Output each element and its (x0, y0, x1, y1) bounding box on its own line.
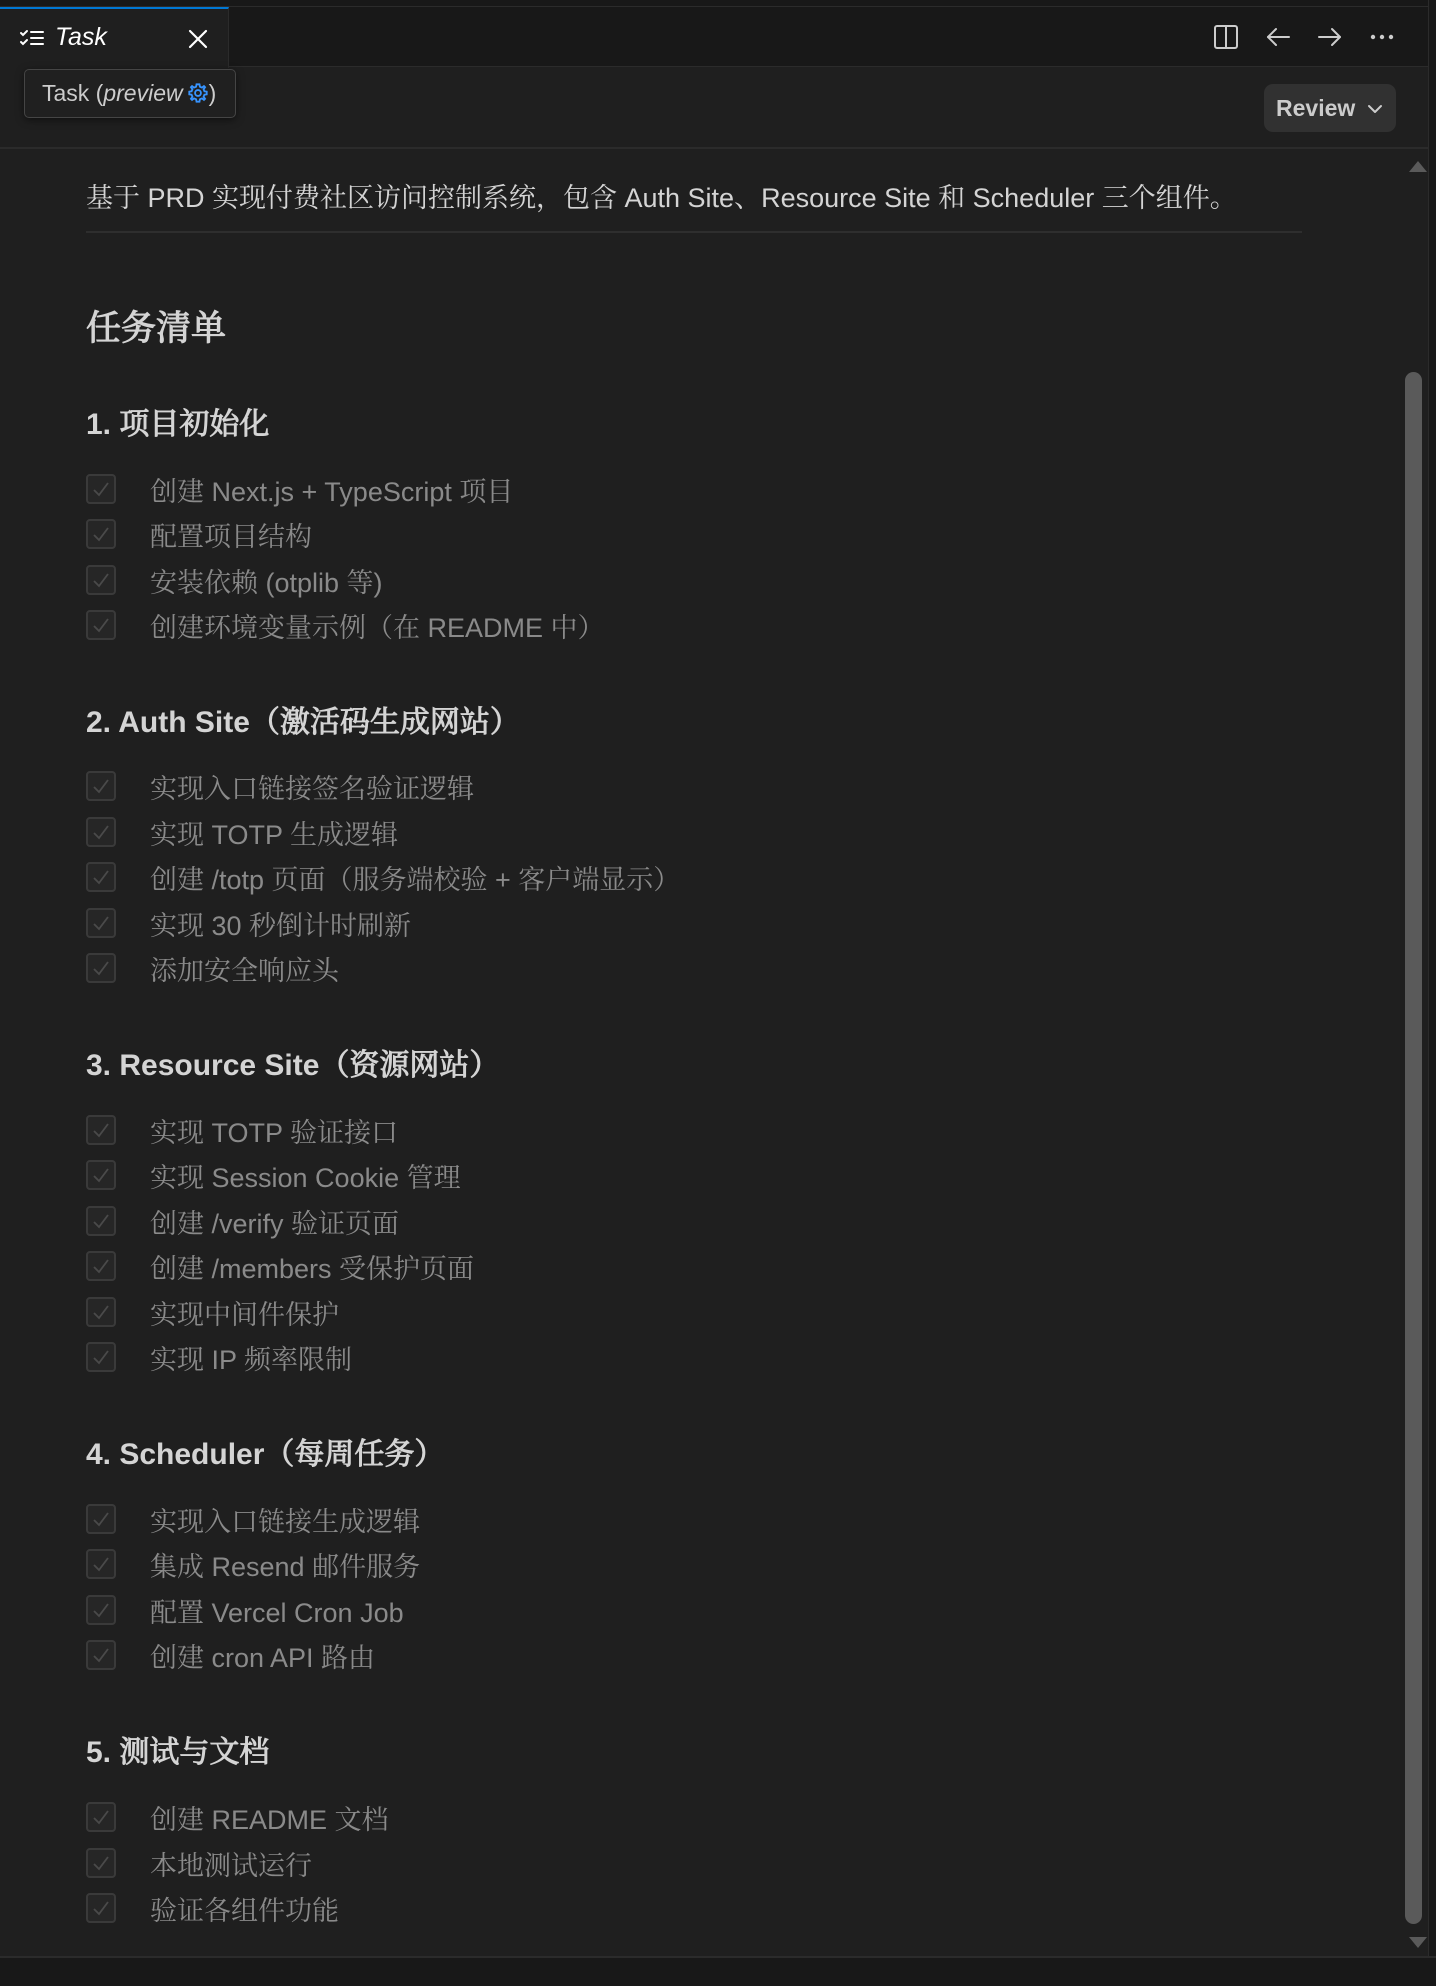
task-item: 本地测试运行 (86, 1845, 312, 1881)
task-editor-window: Task (0, 0, 1436, 1986)
task-checkbox[interactable] (86, 519, 116, 549)
task-label: 实现入口链接签名验证逻辑 (150, 767, 474, 806)
task-checkbox[interactable] (86, 1251, 116, 1281)
split-editor-icon (1212, 23, 1240, 56)
task-checkbox[interactable] (86, 908, 116, 938)
horizontal-rule (86, 231, 1302, 233)
tooltip-italic: preview (103, 80, 182, 106)
section-heading: 2. Auth Site（激活码生成网站） (86, 697, 520, 741)
task-label: 创建 README 文档 (150, 1798, 389, 1837)
checkmark-icon (91, 524, 111, 544)
task-item: 创建 cron API 路由 (86, 1637, 375, 1673)
task-checkbox[interactable] (86, 862, 116, 892)
task-item: 验证各组件功能 (86, 1890, 339, 1926)
bottom-bar (0, 1956, 1436, 1986)
checkmark-icon (91, 1509, 111, 1529)
checkmark-icon (91, 570, 111, 590)
checkmark-icon (91, 615, 111, 635)
split-editor-button[interactable] (1210, 25, 1242, 53)
task-checkbox[interactable] (86, 1893, 116, 1923)
task-label: 配置项目结构 (150, 515, 312, 554)
task-checkbox[interactable] (86, 1160, 116, 1190)
task-checkbox[interactable] (86, 817, 116, 847)
panel-edge (1428, 0, 1436, 1986)
task-label: 实现 TOTP 生成逻辑 (150, 813, 398, 852)
task-checkbox[interactable] (86, 1848, 116, 1878)
task-label: 安装依赖 (otplib 等) (150, 561, 383, 600)
go-forward-button[interactable] (1314, 25, 1346, 53)
review-dropdown-button[interactable]: Review (1264, 84, 1396, 132)
task-checkbox[interactable] (86, 1549, 116, 1579)
checklist-icon (19, 29, 45, 49)
task-label: 实现入口链接生成逻辑 (150, 1500, 420, 1539)
task-item: 实现 Session Cookie 管理 (86, 1157, 461, 1193)
section-heading: 3. Resource Site（资源网站） (86, 1040, 499, 1084)
task-label: 实现 30 秒倒计时刷新 (150, 904, 411, 943)
task-checkbox[interactable] (86, 1206, 116, 1236)
task-item: 实现 TOTP 生成逻辑 (86, 814, 398, 850)
checkmark-icon (91, 1256, 111, 1276)
section-heading: 5. 测试与文档 (86, 1727, 269, 1771)
checkmark-icon (91, 1853, 111, 1873)
arrow-left-icon (1264, 23, 1292, 56)
task-label: 创建 /members 受保护页面 (150, 1247, 474, 1286)
task-item: 配置项目结构 (86, 516, 312, 552)
task-document: 基于 PRD 实现付费社区访问控制系统，包含 Auth Site、Resourc… (0, 151, 1404, 1954)
checkmark-icon (91, 1211, 111, 1231)
task-checkbox[interactable] (86, 1342, 116, 1372)
task-label: 本地测试运行 (150, 1844, 312, 1883)
checkmark-icon (91, 1347, 111, 1367)
task-item: 创建 /verify 验证页面 (86, 1203, 399, 1239)
task-checkbox[interactable] (86, 610, 116, 640)
checkmark-icon (91, 479, 111, 499)
task-item: 创建 /totp 页面（服务端校验 + 客户端显示） (86, 859, 680, 895)
task-label: 添加安全响应头 (150, 949, 339, 988)
task-label: 验证各组件功能 (150, 1889, 339, 1928)
task-item: 实现入口链接生成逻辑 (86, 1501, 420, 1537)
task-item: 实现入口链接签名验证逻辑 (86, 768, 474, 804)
task-item: 配置 Vercel Cron Job (86, 1592, 404, 1628)
task-checkbox[interactable] (86, 474, 116, 504)
section-heading: 1. 项目初始化 (86, 399, 269, 443)
task-checkbox[interactable] (86, 1802, 116, 1832)
ellipsis-icon (1368, 23, 1396, 56)
scrollbar-thumb[interactable] (1405, 372, 1422, 1924)
checkmark-icon (91, 1898, 111, 1918)
task-item: 创建环境变量示例（在 README 中） (86, 607, 605, 643)
task-item: 添加安全响应头 (86, 950, 339, 986)
go-back-button[interactable] (1262, 25, 1294, 53)
gear-icon (187, 82, 209, 104)
task-item: 实现 TOTP 验证接口 (86, 1112, 398, 1148)
task-checkbox[interactable] (86, 1297, 116, 1327)
task-label: 创建 cron API 路由 (150, 1636, 375, 1675)
task-item: 创建 Next.js + TypeScript 项目 (86, 471, 513, 507)
task-label: 集成 Resend 邮件服务 (150, 1545, 420, 1584)
task-checkbox[interactable] (86, 565, 116, 595)
tab-title: Task (55, 23, 107, 52)
task-checkbox[interactable] (86, 1595, 116, 1625)
review-label: Review (1276, 95, 1355, 122)
more-actions-button[interactable] (1366, 25, 1398, 53)
section-heading: 4. Scheduler（每周任务） (86, 1429, 444, 1473)
task-label: 实现 IP 频率限制 (150, 1338, 352, 1377)
task-item: 实现 30 秒倒计时刷新 (86, 905, 411, 941)
checkmark-icon (91, 867, 111, 887)
arrow-right-icon (1316, 23, 1344, 56)
task-item: 创建 /members 受保护页面 (86, 1248, 474, 1284)
checkmark-icon (91, 1302, 111, 1322)
task-label: 实现中间件保护 (150, 1293, 339, 1332)
tooltip-suffix: ) (209, 80, 217, 106)
task-item: 创建 README 文档 (86, 1799, 389, 1835)
task-checkbox[interactable] (86, 771, 116, 801)
editor-tab-bar: Task (0, 7, 1436, 67)
tab-tooltip: Task (preview ) (24, 69, 236, 118)
checkmark-icon (91, 776, 111, 796)
checkmark-icon (91, 958, 111, 978)
close-icon[interactable] (186, 27, 210, 51)
task-label: 配置 Vercel Cron Job (150, 1591, 404, 1630)
task-item: 实现 IP 频率限制 (86, 1339, 352, 1375)
task-label: 创建环境变量示例（在 README 中） (150, 606, 605, 645)
tab-task[interactable]: Task (0, 7, 229, 68)
task-checkbox[interactable] (86, 1115, 116, 1145)
chevron-down-icon (1367, 102, 1383, 114)
checkmark-icon (91, 1645, 111, 1665)
task-label: 创建 Next.js + TypeScript 项目 (150, 470, 513, 509)
tooltip-prefix: Task ( (42, 80, 103, 106)
task-item: 实现中间件保护 (86, 1294, 339, 1330)
checkmark-icon (91, 1600, 111, 1620)
task-checkbox[interactable] (86, 953, 116, 983)
task-list-heading: 任务清单 (86, 301, 226, 351)
task-checkbox[interactable] (86, 1640, 116, 1670)
task-item: 集成 Resend 邮件服务 (86, 1546, 420, 1582)
task-label: 实现 TOTP 验证接口 (150, 1111, 398, 1150)
task-label: 实现 Session Cookie 管理 (150, 1156, 461, 1195)
checkmark-icon (91, 822, 111, 842)
task-label: 创建 /verify 验证页面 (150, 1202, 399, 1241)
task-item: 安装依赖 (otplib 等) (86, 562, 383, 598)
title-strip (0, 0, 1436, 7)
checkmark-icon (91, 1807, 111, 1827)
checkmark-icon (91, 1165, 111, 1185)
checkmark-icon (91, 1120, 111, 1140)
intro-paragraph: 基于 PRD 实现付费社区访问控制系统，包含 Auth Site、Resourc… (86, 176, 1237, 215)
task-label: 创建 /totp 页面（服务端校验 + 客户端显示） (150, 858, 680, 897)
checkmark-icon (91, 1554, 111, 1574)
checkmark-icon (91, 913, 111, 933)
task-checkbox[interactable] (86, 1504, 116, 1534)
